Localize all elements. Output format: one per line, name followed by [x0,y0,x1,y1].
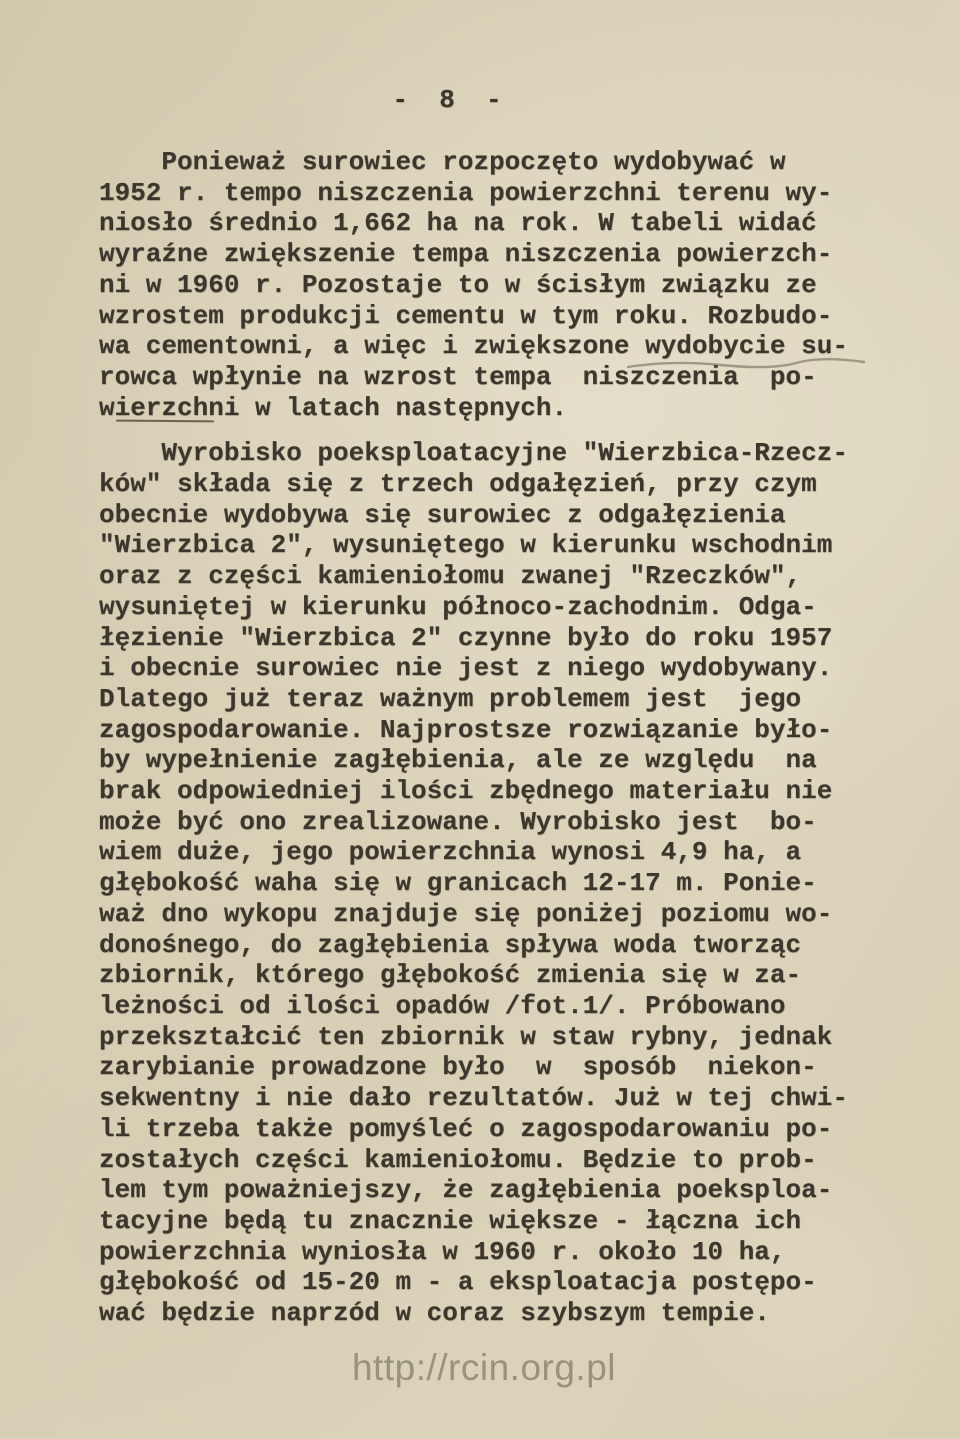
text-line: by wypełnienie zagłębienia, ale ze wzglę… [99,745,879,776]
text-line: donośnego, do zagłębienia spływa woda tw… [99,930,879,961]
text-line: zbiornik, którego głębokość zmienia się … [99,960,879,991]
text-line: wać będzie naprzód w coraz szybszym temp… [99,1298,879,1329]
text-line: oraz z części kamieniołomu zwanej "Rzecz… [99,561,879,592]
text-line: wysuniętej w kierunku północo-zachodnim.… [99,592,879,623]
text-line: brak odpowiedniej ilości zbędnego materi… [99,776,879,807]
text-line: tacyjne będą tu znacznie większe - łączn… [99,1206,879,1237]
text-line: wzrostem produkcji cementu w tym roku. R… [99,301,879,332]
text-line: wiem duże, jego powierzchnia wynosi 4,9 … [99,837,879,868]
text-line: przekształcić ten zbiornik w staw rybny,… [99,1022,879,1053]
text-line: zostałych części kamieniołomu. Będzie to… [99,1145,879,1176]
text-line: obecnie wydobywa się surowiec z odgałęzi… [99,500,879,531]
text-line: głębokość waha się w granicach 12-17 m. … [99,868,879,899]
text-line: Ponieważ surowiec rozpoczęto wydobywać w [99,147,879,178]
text-line: może być ono zrealizowane. Wyrobisko jes… [99,807,879,838]
page-number: - 8 - [0,86,927,114]
text-line: głębokość od 15-20 m - a eksploatacja po… [99,1267,879,1298]
text-line: leżności od ilości opadów /fot.1/. Próbo… [99,991,879,1022]
watermark-url: http://rcin.org.pl [4,1346,960,1390]
text-line: wierzchni w latach następnych. [99,393,879,424]
text-line: Dlatego już teraz ważnym problemem jest … [99,684,879,715]
text-line: ni w 1960 r. Pozostaje to w ścisłym zwią… [99,270,879,301]
text-line: rowca wpłynie na wzrost tempa niszczenia… [99,362,879,393]
text-line: "Wierzbica 2", wysuniętego w kierunku ws… [99,530,879,561]
text-line: 1952 r. tempo niszczenia powierzchni ter… [99,178,879,209]
text-line: zagospodarowanie. Najprostsze rozwiązani… [99,715,879,746]
text-line: zarybianie prowadzone było w sposób niek… [99,1052,879,1083]
text-line: waż dno wykopu znajduje się poniżej pozi… [99,899,879,930]
text-line: i obecnie surowiec nie jest z niego wydo… [99,653,879,684]
text-line: ków" składa się z trzech odgałęzień, prz… [99,469,879,500]
paragraph: Ponieważ surowiec rozpoczęto wydobywać w… [99,147,879,423]
text-line: łęzienie "Wierzbica 2" czynne było do ro… [99,623,879,654]
text-line: wa cementowni, a więc i zwiększone wydob… [99,331,879,362]
text-line: li trzeba także pomyśleć o zagospodarowa… [99,1114,879,1145]
text-line: sekwentny i nie dało rezultatów. Już w t… [99,1083,879,1114]
paragraph: Wyrobisko poeksploatacyjne "Wierzbica-Rz… [99,438,879,1328]
text-line: wyraźne zwiększenie tempa niszczenia pow… [99,239,879,270]
text-line: lem tym poważniejszy, że zagłębienia poe… [99,1175,879,1206]
text-line: powierzchnia wyniosła w 1960 r. około 10… [99,1237,879,1268]
text-line: niosło średnio 1,662 ha na rok. W tabeli… [99,208,879,239]
document-body: Ponieważ surowiec rozpoczęto wydobywać w… [99,147,879,1329]
text-line: Wyrobisko poeksploatacyjne "Wierzbica-Rz… [99,438,879,469]
